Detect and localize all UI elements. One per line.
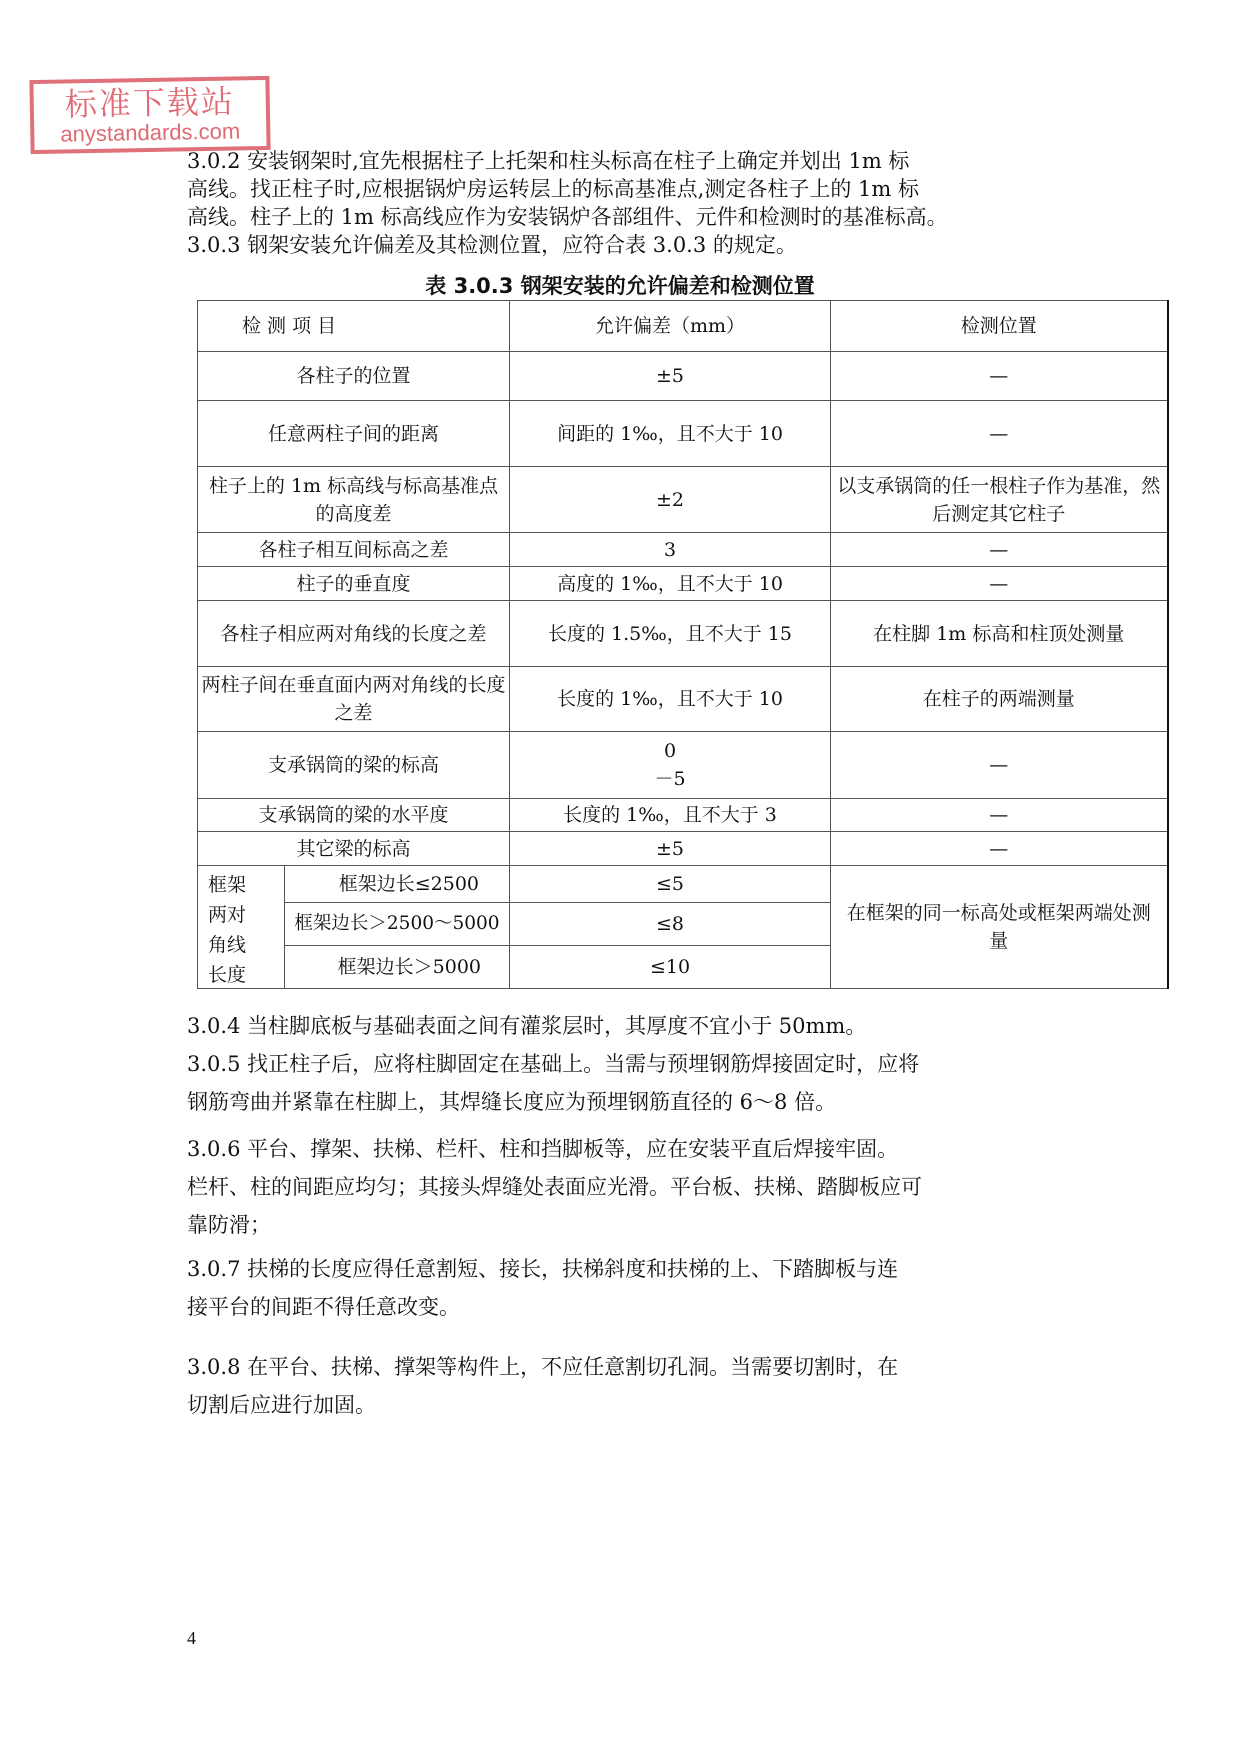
clause-3-0-7: 3.0.7 扶梯的长度应得任意割短、接长，扶梯斜度和扶梯的上、下踏脚板与连 接平… — [187, 1250, 898, 1326]
text-line: 3.0.7 扶梯的长度应得任意割短、接长，扶梯斜度和扶梯的上、下踏脚板与连 — [187, 1250, 898, 1288]
cell-item: 框架边长＞5000 — [285, 946, 510, 989]
clause-3-0-6: 3.0.6 平台、撑架、扶梯、栏杆、柱和挡脚板等，应在安装平直后焊接牢固。 栏杆… — [187, 1130, 922, 1244]
table-row: 两柱子间在垂直面内两对角线的长度之差 长度的 1‰，且不大于 10 在柱子的两端… — [198, 667, 1168, 732]
table-row: 任意两柱子间的距离 间距的 1‰，且不大于 10 — — [198, 401, 1168, 467]
table-row: 柱子的垂直度 高度的 1‰，且不大于 10 — — [198, 567, 1168, 601]
cell-location: — — [831, 401, 1168, 467]
cell-item: 各柱子相应两对角线的长度之差 — [198, 601, 510, 667]
cell-location: 在柱脚 1m 标高和柱顶处测量 — [831, 601, 1168, 667]
cell-location: — — [831, 832, 1168, 866]
cell-tolerance: ±2 — [510, 467, 831, 533]
cell-item: 框架边长≤2500 — [285, 866, 510, 903]
cell-item: 任意两柱子间的距离 — [198, 401, 510, 467]
text-line: 接平台的间距不得任意改变。 — [187, 1288, 898, 1326]
cell-tolerance: 长度的 1‰，且不大于 3 — [510, 799, 831, 832]
table-row-frame: 框架两对角线长度 框架边长≤2500 ≤5 在框架的同一标高处或框架两端处测量 — [198, 866, 1168, 903]
text-line: 高线。柱子上的 1m 标高线应作为安装锅炉各部组件、元件和检测时的基准标高。 — [187, 203, 1087, 231]
text-line: 3.0.8 在平台、扶梯、撑架等构件上，不应任意割切孔洞。当需要切割时，在 — [187, 1348, 898, 1386]
table-row: 支承锅筒的梁的标高 0 －5 — — [198, 732, 1168, 799]
cell-location: — — [831, 732, 1168, 799]
cell-tolerance: ≤5 — [510, 866, 831, 903]
tolerance-upper: 0 — [512, 737, 828, 765]
clause-3-0-8: 3.0.8 在平台、扶梯、撑架等构件上，不应任意割切孔洞。当需要切割时，在 切割… — [187, 1348, 898, 1424]
cell-tolerance: 0 －5 — [510, 732, 831, 799]
text-line: 钢筋弯曲并紧靠在柱脚上，其焊缝长度应为预埋钢筋直径的 6～8 倍。 — [187, 1083, 919, 1121]
cell-tolerance: 3 — [510, 533, 831, 567]
cell-location: 在柱子的两端测量 — [831, 667, 1168, 732]
cell-location: — — [831, 533, 1168, 567]
text-line: 3.0.2 安装钢架时,宜先根据柱子上托架和柱头标高在柱子上确定并划出 1m 标 — [187, 147, 1087, 175]
frame-group-label: 框架两对角线长度 — [198, 866, 285, 989]
cell-tolerance: ≤10 — [510, 946, 831, 989]
cell-item: 框架边长＞2500～5000 — [285, 903, 510, 946]
header-tolerance: 允许偏差（mm） — [510, 301, 831, 352]
frame-group-label-text: 框架两对角线长度 — [208, 870, 250, 988]
cell-item: 各柱子的位置 — [198, 352, 510, 401]
cell-tolerance: ±5 — [510, 352, 831, 401]
tolerance-table: 检 测 项 目 允许偏差（mm） 检测位置 各柱子的位置 ±5 — 任意两柱子间… — [197, 300, 1169, 989]
cell-item: 支承锅筒的梁的水平度 — [198, 799, 510, 832]
cell-location: 以支承锅筒的任一根柱子作为基准，然后测定其它柱子 — [831, 467, 1168, 533]
watermark-stamp: 标准下载站 anystandards.com — [29, 76, 270, 154]
clause-3-0-3: 3.0.3 钢架安装允许偏差及其检测位置，应符合表 3.0.3 的规定。 — [187, 231, 1087, 259]
header-item: 检 测 项 目 — [198, 301, 510, 352]
cell-tolerance: 长度的 1‰，且不大于 10 — [510, 667, 831, 732]
clause-3-0-5: 3.0.5 找正柱子后，应将柱脚固定在基础上。当需与预埋钢筋焊接固定时，应将 钢… — [187, 1045, 919, 1121]
text-line: 3.0.4 当柱脚底板与基础表面之间有灌浆层时，其厚度不宜小于 50mm。 — [187, 1007, 866, 1045]
cell-item: 柱子上的 1m 标高线与标高基准点的高度差 — [198, 467, 510, 533]
cell-location: — — [831, 352, 1168, 401]
text-line: 3.0.5 找正柱子后，应将柱脚固定在基础上。当需与预埋钢筋焊接固定时，应将 — [187, 1045, 919, 1083]
cell-item: 支承锅筒的梁的标高 — [198, 732, 510, 799]
text-line: 高线。找正柱子时,应根据锅炉房运转层上的标高基准点,测定各柱子上的 1m 标 — [187, 175, 1087, 203]
clause-3-0-4: 3.0.4 当柱脚底板与基础表面之间有灌浆层时，其厚度不宜小于 50mm。 — [187, 1007, 866, 1045]
cell-location: — — [831, 567, 1168, 601]
table-row: 各柱子相应两对角线的长度之差 长度的 1.5‰，且不大于 15 在柱脚 1m 标… — [198, 601, 1168, 667]
cell-tolerance: ≤8 — [510, 903, 831, 946]
table-header-row: 检 测 项 目 允许偏差（mm） 检测位置 — [198, 301, 1168, 352]
text-line: 栏杆、柱的间距应均匀；其接头焊缝处表面应光滑。平台板、扶梯、踏脚板应可 — [187, 1168, 922, 1206]
cell-item: 各柱子相互间标高之差 — [198, 533, 510, 567]
cell-tolerance: ±5 — [510, 832, 831, 866]
table-caption: 表 3.0.3 钢架安装的允许偏差和检测位置 — [0, 270, 1240, 300]
cell-item: 两柱子间在垂直面内两对角线的长度之差 — [198, 667, 510, 732]
cell-tolerance: 高度的 1‰，且不大于 10 — [510, 567, 831, 601]
cell-tolerance: 长度的 1.5‰，且不大于 15 — [510, 601, 831, 667]
page-number: 4 — [187, 1628, 196, 1649]
table-row: 支承锅筒的梁的水平度 长度的 1‰，且不大于 3 — — [198, 799, 1168, 832]
table-row: 各柱子相互间标高之差 3 — — [198, 533, 1168, 567]
header-location: 检测位置 — [831, 301, 1168, 352]
text-line: 切割后应进行加固。 — [187, 1386, 898, 1424]
cell-tolerance: 间距的 1‰，且不大于 10 — [510, 401, 831, 467]
table-row: 柱子上的 1m 标高线与标高基准点的高度差 ±2 以支承锅筒的任一根柱子作为基准… — [198, 467, 1168, 533]
cell-item: 其它梁的标高 — [198, 832, 510, 866]
watermark-en: anystandards.com — [34, 120, 266, 146]
text-line: 3.0.6 平台、撑架、扶梯、栏杆、柱和挡脚板等，应在安装平直后焊接牢固。 — [187, 1130, 922, 1168]
cell-item: 柱子的垂直度 — [198, 567, 510, 601]
text-line: 靠防滑； — [187, 1206, 922, 1244]
cell-location: — — [831, 799, 1168, 832]
tolerance-lower: －5 — [512, 765, 828, 793]
cell-location: 在框架的同一标高处或框架两端处测量 — [831, 866, 1168, 989]
table-row: 其它梁的标高 ±5 — — [198, 832, 1168, 866]
clause-3-0-2: 3.0.2 安装钢架时,宜先根据柱子上托架和柱头标高在柱子上确定并划出 1m 标… — [187, 147, 1087, 259]
table-row: 各柱子的位置 ±5 — — [198, 352, 1168, 401]
